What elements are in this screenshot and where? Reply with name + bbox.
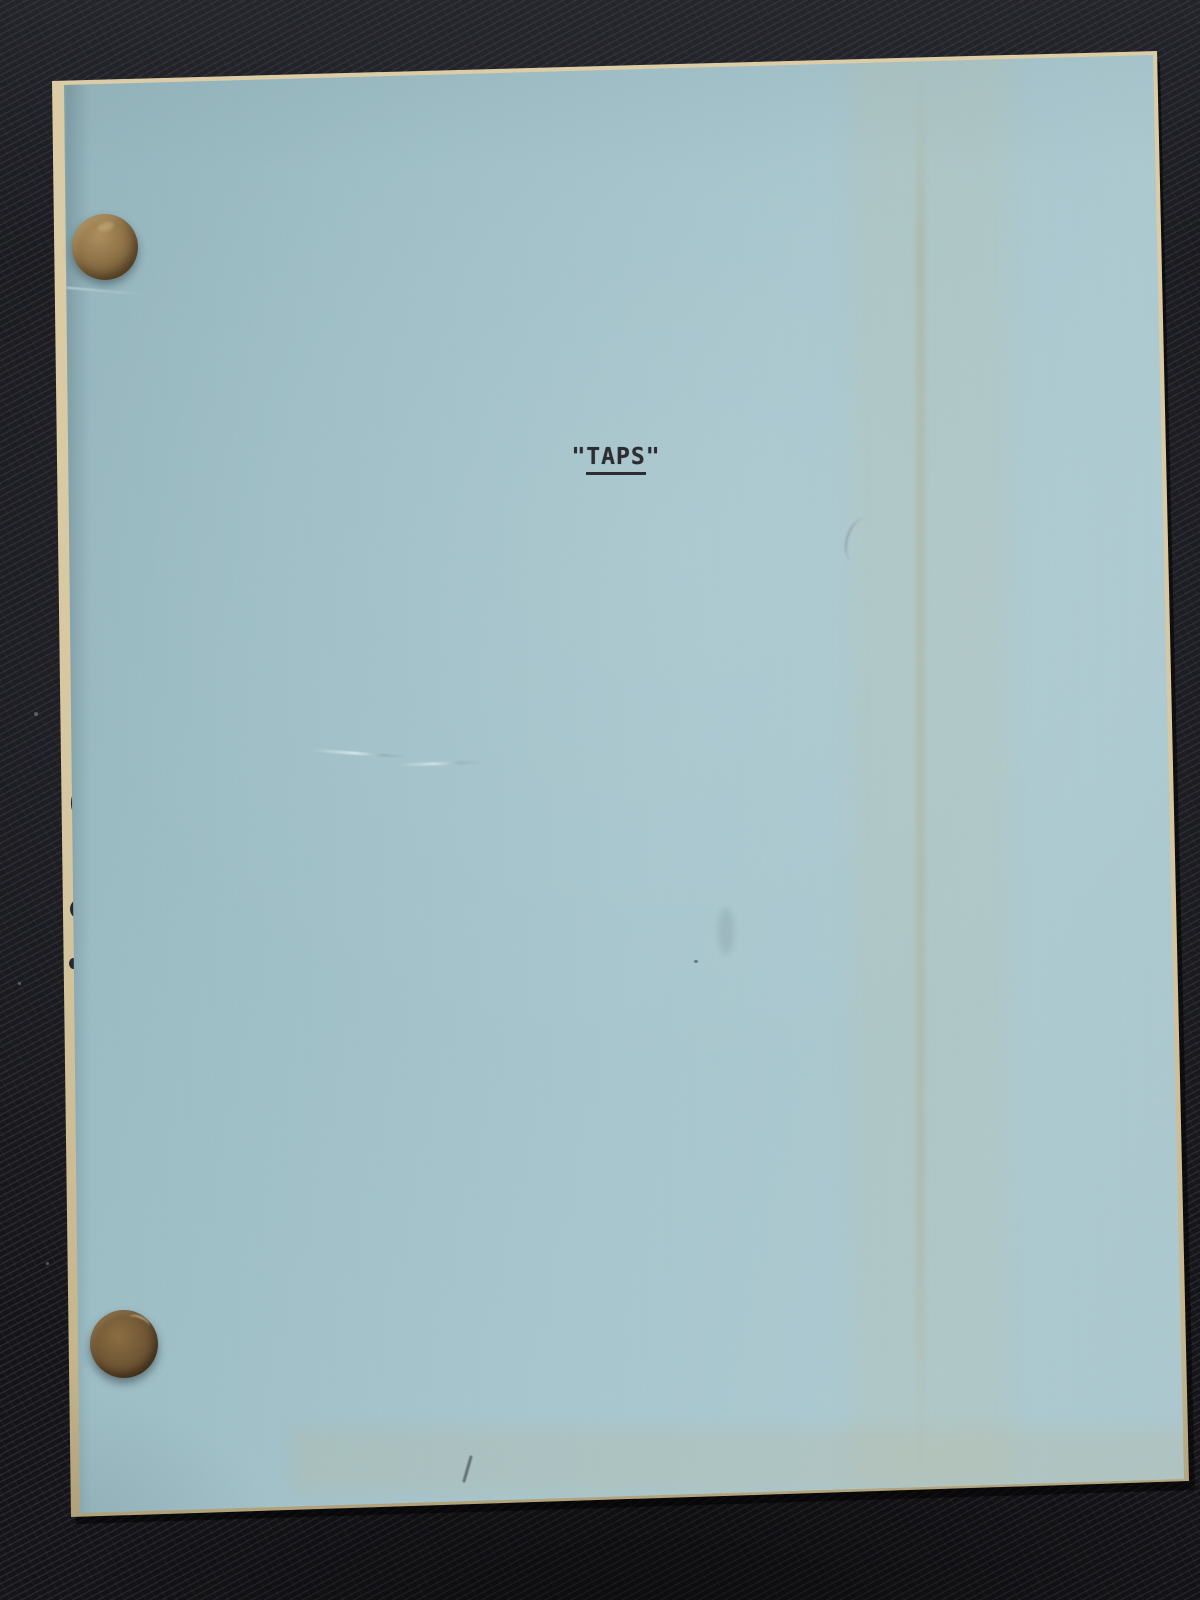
stain-streak-vertical [916,80,925,1470]
crease-mark [398,760,486,766]
title-open-quote: " [571,444,586,470]
photo-background-fabric: "TAPS" [0,0,1200,1600]
title-text: TAPS [586,444,645,475]
speck-mark [694,960,698,963]
dust-speck [46,1262,49,1265]
sun-fade-band-vertical [852,50,1010,1490]
dust-speck [18,982,21,985]
dust-speck [34,712,38,716]
smudge-mark [718,908,734,954]
script-cover: "TAPS" [0,0,1200,1600]
script-title: "TAPS" [566,444,666,470]
title-close-quote: " [646,444,661,470]
brass-brad-top [72,214,138,280]
crease-mark [312,749,407,759]
brass-brad-bottom [90,1310,158,1378]
